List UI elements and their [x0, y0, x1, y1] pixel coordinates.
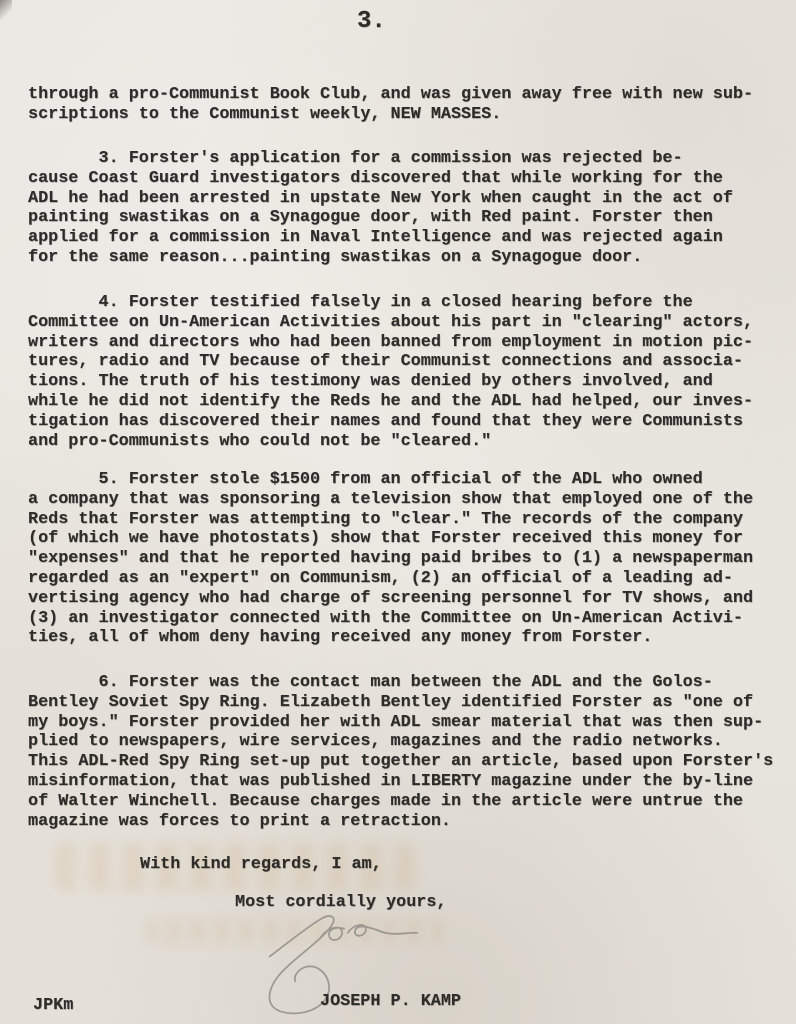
paragraph-item-6: 6. Forster was the contact man between t… [28, 673, 773, 831]
scan-edge-artifact [0, 0, 12, 20]
paragraph-item-3: 3. Forster's application for a commissio… [28, 149, 733, 268]
closing-regards-line: With kind regards, I am, [140, 855, 382, 875]
page-number: 3. [357, 8, 386, 36]
paragraph-continuation: through a pro-Communist Book Club, and w… [28, 85, 753, 125]
typist-initials: JPKm [33, 996, 73, 1016]
paragraph-item-4: 4. Forster testified falsely in a closed… [28, 293, 753, 451]
paragraph-item-5: 5. Forster stole $1500 from an official … [28, 470, 753, 648]
letter-page: 3. through a pro-Communist Book Club, an… [0, 0, 796, 1024]
typed-signature-name: JOSEPH P. KAMP [320, 992, 461, 1012]
